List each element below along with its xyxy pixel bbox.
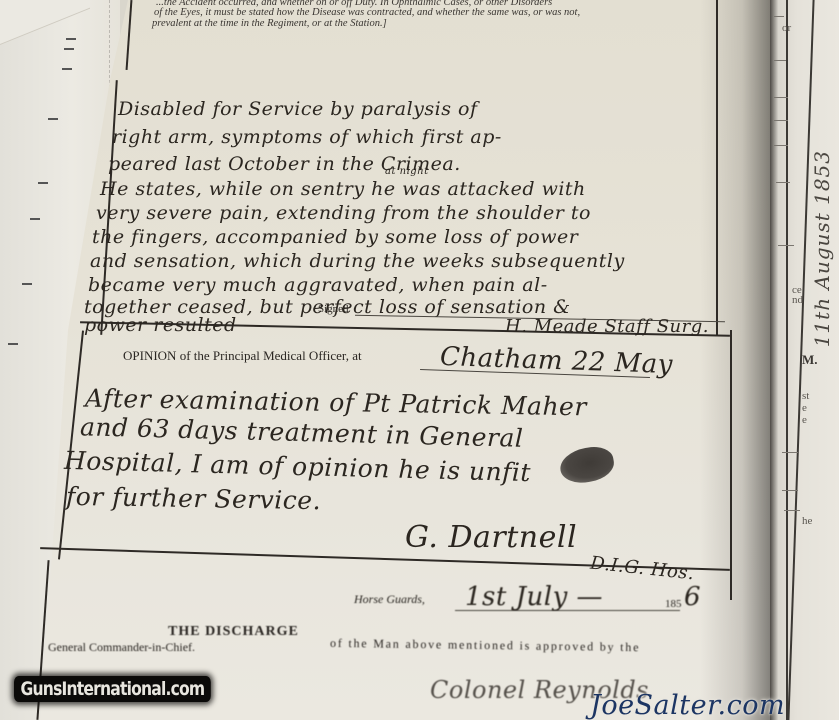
ruled-tick (774, 120, 788, 121)
approval-year: 185 (665, 598, 682, 610)
handwritten-line: the fingers, accompanied by some loss of… (92, 226, 578, 248)
handwritten-line: became very much aggravated, when pain a… (88, 274, 548, 296)
ruled-tick (774, 97, 788, 98)
margin-fragment: e (802, 414, 807, 426)
binding-stitch (8, 343, 18, 345)
adjacent-page: or ce nd M. st e e he 11th August 1853 (770, 0, 839, 720)
margin-fragment: or (782, 22, 791, 34)
approval-date: 1st July — (465, 582, 603, 612)
handwritten-line: and sensation, which during the weeks su… (90, 250, 625, 272)
discharge-text: General Commander-in-Chief. (48, 640, 195, 655)
pmo-label: OPINION of the Principal Medical Officer… (123, 348, 362, 364)
signed-label: Signed (318, 303, 349, 315)
ruled-tick (774, 145, 788, 146)
binding-stitch (22, 283, 32, 285)
binding-stitch (66, 38, 76, 40)
margin-fragment: he (802, 515, 812, 527)
binding-stitch (62, 68, 72, 70)
margin-fragment: M. (802, 352, 818, 368)
ruled-tick (776, 182, 790, 183)
vertical-handwriting: 11th August 1853 (810, 150, 834, 347)
margin-fragment: nd (792, 294, 803, 306)
handwritten-line: Disabled for Service by paralysis of (118, 98, 477, 120)
handwritten-line: power resulted — (84, 314, 263, 336)
binding-stitch (30, 218, 40, 220)
handwritten-line: right arm, symptoms of which first ap- (112, 126, 502, 148)
opinion-line: for further Service. (66, 482, 322, 515)
margin-fragment: st (802, 390, 809, 402)
watermark-gunsinternational: GunsInternational.com (14, 676, 211, 702)
binding-stitch (64, 48, 74, 50)
watermark-joesalter: JoeSalter.com (590, 690, 785, 720)
ruled-tick (774, 16, 784, 17)
handwritten-line: very severe pain, extending from the sho… (96, 202, 591, 224)
pmo-signature: G. Dartnell (405, 520, 577, 555)
approval-year-digit: 6 (684, 582, 701, 612)
form-border-right (730, 330, 732, 600)
surgeon-signature: H. Meade Staff Surg. (505, 316, 709, 337)
form-border-right (716, 0, 718, 335)
handwritten-line: He states, while on sentry he was attack… (100, 178, 586, 200)
printed-instructions: prevalent at the time in the Regiment, o… (152, 18, 387, 30)
page-rule (786, 0, 788, 720)
binding-stitch (38, 182, 48, 184)
ruled-tick (774, 60, 786, 61)
ruled-tick (778, 245, 794, 246)
ruled-tick (784, 510, 800, 511)
interlinear-note: at night (385, 166, 429, 177)
horse-guards-label: Horse Guards, (354, 592, 425, 607)
ruled-tick (782, 452, 798, 453)
page-fold-shadow (700, 0, 770, 720)
ruled-tick (782, 490, 798, 491)
binding-stitch (48, 118, 58, 120)
discharge-heading: THE DISCHARGE (168, 624, 299, 640)
margin-fragment: e (802, 402, 807, 414)
